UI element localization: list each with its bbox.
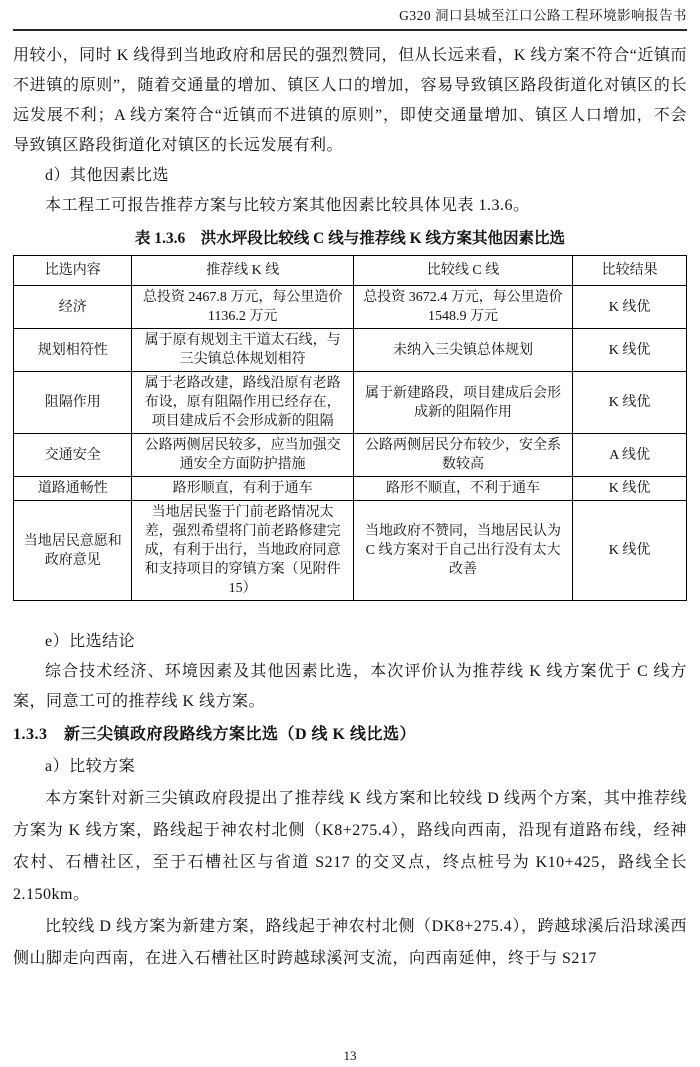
page-number: 13 (344, 1048, 357, 1063)
table-header-cell: 比选内容 (14, 256, 132, 286)
table-cell: 路形不顺直，不利于通车 (353, 477, 572, 501)
table-cell: 当地居民鉴于门前老路情况太差，强烈希望将门前老路修建完成，有利于出行，当地政府同… (132, 501, 353, 601)
table-cell: 当地居民意愿和政府意见 (14, 501, 132, 601)
table-cell: 规划相符性 (14, 329, 132, 372)
page-footer: 13 (0, 1048, 700, 1064)
table-cell: 未纳入三尖镇总体规划 (353, 329, 572, 372)
table-row-barrier: 阻隔作用 属于老路改建，路线沿原有老路布设，原有阻隔作用已经存在，项目建成后不会… (14, 372, 687, 434)
page-header: G320 洞口县城至江口公路工程环境影响报告书 (13, 7, 687, 31)
table-row-road-smoothness: 道路通畅性 路形顺直，有利于通车 路形不顺直，不利于通车 K 线优 (14, 477, 687, 501)
paragraph-a-scheme-d: 比较线 D 线方案为新建方案，路线起于神农村北侧（DK8+275.4），跨越球溪… (13, 911, 687, 975)
page-content: 用较小，同时 K 线得到当地政府和居民的强烈赞同，但从长远来看，K 线方案不符合… (13, 41, 687, 975)
paragraph-e-body: 综合技术经济、环境因素及其他因素比选，本次评价认为推荐线 K 线方案优于 C 线… (13, 657, 687, 717)
table-row-economy: 经济 总投资 2467.8 万元，每公里造价 1136.2 万元 总投资 367… (14, 286, 687, 329)
paragraph-continuation: 用较小，同时 K 线得到当地政府和居民的强烈赞同，但从长远来看，K 线方案不符合… (13, 41, 687, 161)
heading-section-1-3-3: 1.3.3 新三尖镇政府段路线方案比选（D 线 K 线比选） (13, 719, 687, 751)
document-page: G320 洞口县城至江口公路工程环境影响报告书 用较小，同时 K 线得到当地政府… (0, 7, 700, 1067)
heading-e-conclusion: e）比选结论 (13, 627, 687, 657)
table-cell: K 线优 (573, 286, 687, 329)
table-row-traffic-safety: 交通安全 公路两侧居民较多，应当加强交通安全方面防护措施 公路两侧居民分布较少，… (14, 434, 687, 477)
table-cell: K 线优 (573, 477, 687, 501)
table-header-cell: 比较线 C 线 (353, 256, 572, 286)
table-cell: K 线优 (573, 329, 687, 372)
table-cell: 总投资 2467.8 万元，每公里造价 1136.2 万元 (132, 286, 353, 329)
table-cell: 阻隔作用 (14, 372, 132, 434)
table-cell: 属于新建路段，项目建成后会形成新的阻隔作用 (353, 372, 572, 434)
table-cell: A 线优 (573, 434, 687, 477)
table-cell: 属于原有规划主干道太石线，与三尖镇总体规划相符 (132, 329, 353, 372)
table-header-row: 比选内容 推荐线 K 线 比较线 C 线 比较结果 (14, 256, 687, 286)
table-row-planning: 规划相符性 属于原有规划主干道太石线，与三尖镇总体规划相符 未纳入三尖镇总体规划… (14, 329, 687, 372)
table-cell: 总投资 3672.4 万元，每公里造价 1548.9 万元 (353, 286, 572, 329)
table-header-cell: 比较结果 (573, 256, 687, 286)
table-title: 表 1.3.6 洪水坪段比较线 C 线与推荐线 K 线方案其他因素比选 (13, 228, 687, 249)
header-title: G320 洞口县城至江口公路工程环境影响报告书 (399, 8, 687, 23)
table-cell: 交通安全 (14, 434, 132, 477)
table-cell: 经济 (14, 286, 132, 329)
heading-d-other-factors: d）其他因素比选 (13, 161, 687, 191)
table-cell: 道路通畅性 (14, 477, 132, 501)
table-header-cell: 推荐线 K 线 (132, 256, 353, 286)
table-row-local-opinion: 当地居民意愿和政府意见 当地居民鉴于门前老路情况太差，强烈希望将门前老路修建完成… (14, 501, 687, 601)
heading-a-comparison: a）比较方案 (13, 751, 687, 783)
table-cell: 当地政府不赞同，当地居民认为 C 线方案对于自己出行没有太大改善 (353, 501, 572, 601)
table-cell: 路形顺直，有利于通车 (132, 477, 353, 501)
paragraph-a-scheme-k: 本方案针对新三尖镇政府段提出了推荐线 K 线方案和比较线 D 线两个方案，其中推… (13, 783, 687, 911)
table-cell: 公路两侧居民较多，应当加强交通安全方面防护措施 (132, 434, 353, 477)
table-cell: 属于老路改建，路线沿原有老路布设，原有阻隔作用已经存在，项目建成后不会形成新的阻… (132, 372, 353, 434)
comparison-table: 比选内容 推荐线 K 线 比较线 C 线 比较结果 经济 总投资 2467.8 … (13, 255, 687, 601)
paragraph-d-intro: 本工程工可报告推荐方案与比较方案其他因素比较具体见表 1.3.6。 (13, 191, 687, 221)
table-cell: K 线优 (573, 372, 687, 434)
table-cell: 公路两侧居民分布较少，安全系数较高 (353, 434, 572, 477)
table-cell: K 线优 (573, 501, 687, 601)
